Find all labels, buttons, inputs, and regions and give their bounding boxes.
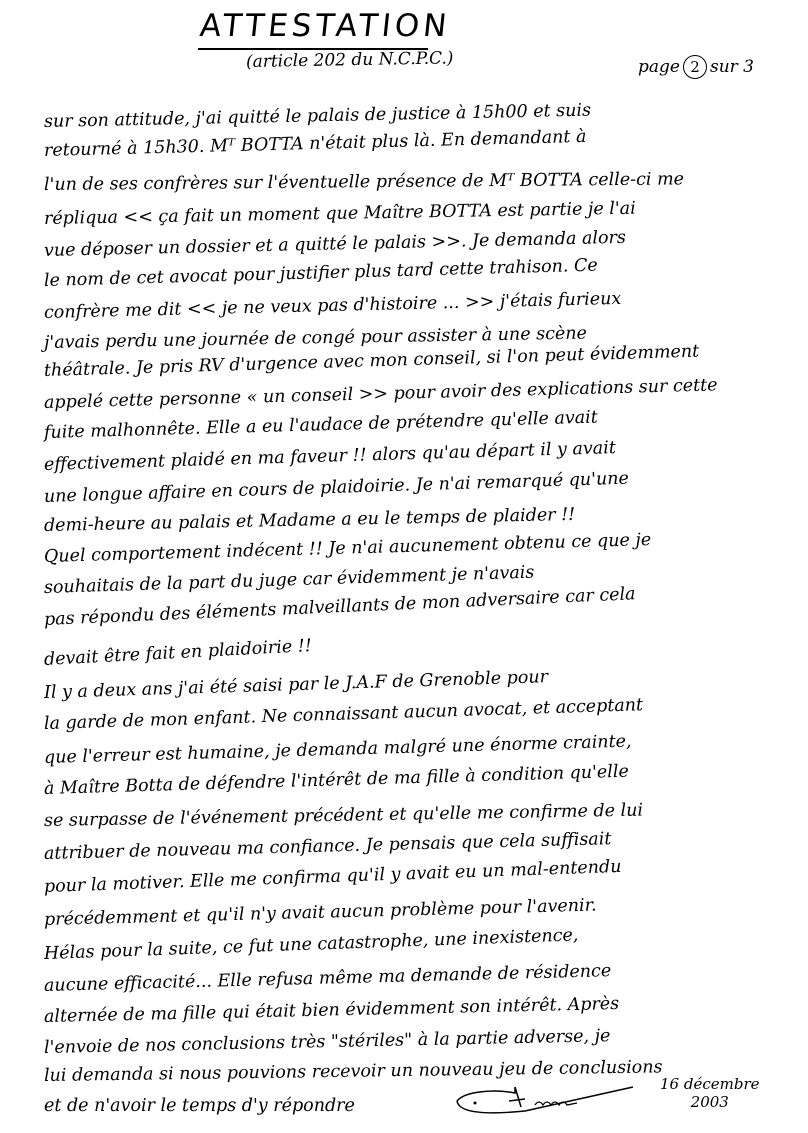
text-line: l'un de ses confrères sur l'éventuelle p…: [44, 169, 684, 195]
text-line: alternée de ma fille qui était bien évid…: [44, 994, 620, 1027]
text-line: et de n'avoir le temps d'y répondre: [44, 1096, 355, 1116]
text-line: une longue affaire en cours de plaidoiri…: [44, 469, 629, 507]
text-line: effectivement plaidé en ma faveur !! alo…: [44, 438, 616, 475]
text-line: la garde de mon enfant. Ne connaissant a…: [44, 695, 644, 734]
signature-date: 16 décembre 2003: [660, 1075, 760, 1111]
text-line: répliqua << ça fait un moment que Maître…: [44, 199, 636, 229]
text-line: fuite malhonnête. Elle a eu l'audace de …: [44, 408, 598, 443]
document-subtitle: (article 202 du N.C.P.C.): [246, 48, 454, 72]
text-line: demi-heure au palais et Madame a eu le t…: [44, 505, 576, 536]
text-line: se surpasse de l'événement précédent et …: [44, 801, 643, 831]
page-number-circled: 2: [683, 55, 707, 79]
document-title: ATTESTATION: [198, 8, 452, 44]
text-line: Hélas pour la suite, ce fut une catastro…: [44, 925, 579, 964]
text-line: Quel comportement indécent !! Je n'ai au…: [44, 530, 652, 567]
text-line: à Maître Botta de défendre l'intérêt de …: [44, 762, 629, 799]
handwritten-attestation-page: ATTESTATION (article 202 du N.C.P.C.) pa…: [0, 0, 808, 1133]
text-line: l'envoie de nos conclusions très "stéril…: [44, 1026, 611, 1058]
text-line: attribuer de nouveau ma confiance. Je pe…: [44, 829, 612, 864]
text-line: retourné à 15h30. Mᵀ BOTTA n'était plus …: [44, 127, 587, 161]
text-line: confrère me dit << je ne veux pas d'hist…: [44, 289, 622, 323]
text-line: sur son attitude, j'ai quitté le palais …: [44, 101, 591, 132]
page-indicator: page 2 sur 3: [638, 55, 754, 79]
date-day-month: 16 décembre: [660, 1075, 760, 1093]
text-line: que l'erreur est humaine, je demanda mal…: [44, 732, 632, 768]
text-line: précédemment et qu'il n'y avait aucun pr…: [44, 896, 597, 930]
text-line: le nom de cet avocat pour justifier plus…: [44, 256, 598, 291]
date-year: 2003: [660, 1093, 760, 1111]
signature-scribble: [455, 1083, 635, 1117]
text-line: vue déposer un dossier et a quitté le pa…: [44, 228, 626, 261]
text-line: Il y a deux ans j'ai été saisi par le J.…: [44, 667, 549, 703]
text-line: pour la motiver. Elle me confirma qu'il …: [44, 857, 622, 897]
text-line: appelé cette personne « un conseil >> po…: [44, 375, 718, 413]
text-line: lui demanda si nous pouvions recevoir un…: [44, 1057, 663, 1086]
page-prefix: page: [638, 57, 680, 77]
text-line: devait être fait en plaidoirie !!: [43, 636, 312, 670]
text-line: aucune efficacité... Elle refusa même ma…: [44, 961, 612, 996]
page-suffix: sur 3: [710, 57, 754, 77]
